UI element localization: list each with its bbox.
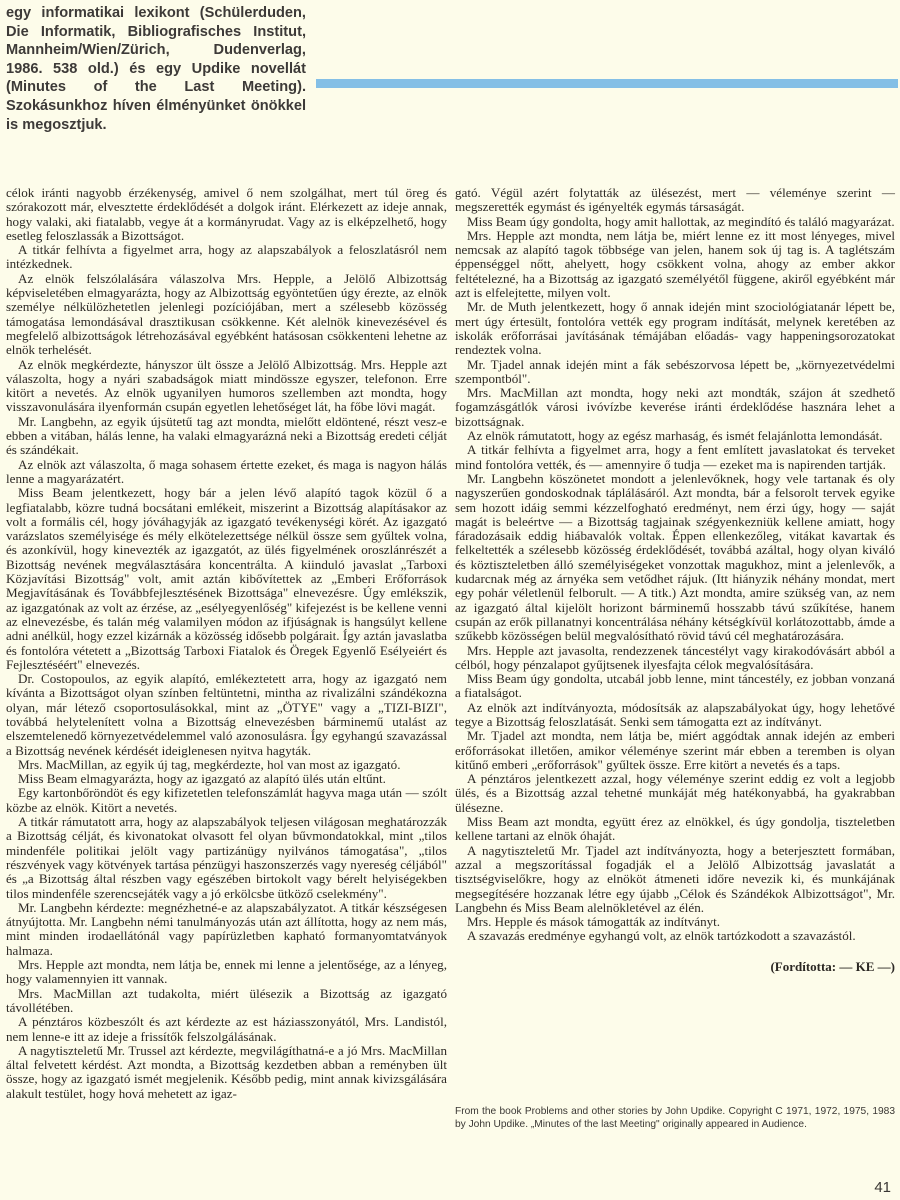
paragraph: Mrs. MacMillan azt tudakolta, miért ülés… [6,987,447,1016]
page-number: 41 [874,1179,891,1196]
intro-text: egy informatikai lexikont (Schülerduden,… [6,4,306,134]
paragraph: A pénztáros közbeszólt és azt kérdezte a… [6,1015,447,1044]
paragraph: Mr. Langbehn, az egyik újsütetű tag azt … [6,415,447,458]
paragraph: A szavazás eredménye egyhangú volt, az e… [455,929,895,943]
paragraph: Mrs. MacMillan azt mondta, hogy neki azt… [455,386,895,429]
decorative-divider-bar [316,79,898,88]
paragraph: Mrs. Hepple és mások támogatták az indít… [455,915,895,929]
translator-credit: (Fordította: — KE —) [455,960,895,974]
paragraph: Mrs. Hepple azt mondta, nem látja be, en… [6,958,447,987]
paragraph: Az elnök felszólalására válaszolva Mrs. … [6,272,447,358]
paragraph: Dr. Costopoulos, az egyik alapító, emlék… [6,672,447,758]
paragraph: Egy kartonbőröndöt és egy kifizetetlen t… [6,786,447,815]
paragraph: Az elnök megkérdezte, hányszor ült össze… [6,358,447,415]
paragraph: A pénztáros jelentkezett azzal, hogy vél… [455,772,895,815]
paragraph: célok iránti nagyobb érzékenység, amivel… [6,186,447,243]
paragraph: Az elnök rámutatott, hogy az egész marha… [455,429,895,443]
paragraph: A nagytiszteletű Mr. Trussel azt kérdezt… [6,1044,447,1101]
source-credit: From the book Problems and other stories… [455,1106,895,1132]
paragraph: Mr. Langbehn kérdezte: megnézhetné-e az … [6,901,447,958]
paragraph: Miss Beam úgy gondolta, hogy amit hallot… [455,215,895,229]
paragraph: Miss Beam úgy gondolta, utcabál jobb len… [455,672,895,701]
paragraph: A titkár felhívta a figyelmet arra, hogy… [455,443,895,472]
paragraph: Miss Beam elmagyarázta, hogy az igazgató… [6,772,447,786]
paragraph: Mrs. Hepple azt javasolta, rendezzenek t… [455,644,895,673]
paragraph: Miss Beam azt mondta, együtt érez az eln… [455,815,895,844]
article-column-left: célok iránti nagyobb érzékenység, amivel… [6,186,447,1101]
paragraph: Az elnök azt válaszolta, ő maga sohasem … [6,458,447,487]
paragraph: Mrs. MacMillan, az egyik új tag, megkérd… [6,758,447,772]
paragraph: Mrs. Hepple azt mondta, nem látja be, mi… [455,229,895,300]
paragraph: Mr. de Muth jelentkezett, hogy ő annak i… [455,300,895,357]
paragraph: Mr. Tjadel azt mondta, nem látja be, mié… [455,729,895,772]
paragraph: A nagytiszteletű Mr. Tjadel azt indítván… [455,844,895,915]
article-column-right: gató. Végül azért folytatták az ülésezés… [455,186,895,974]
paragraph: Az elnök azt indítványozta, módosítsák a… [455,701,895,730]
paragraph: gató. Végül azért folytatták az ülésezés… [455,186,895,215]
paragraph: A titkár felhívta a figyelmet arra, hogy… [6,243,447,272]
paragraph: Mr. Langbehn köszönetet mondott a jelenl… [455,472,895,644]
paragraph: Miss Beam jelentkezett, hogy bár a jelen… [6,486,447,672]
paragraph: A titkár rámutatott arra, hogy az alapsz… [6,815,447,901]
paragraph: Mr. Tjadel annak idején mint a fák sebés… [455,358,895,387]
